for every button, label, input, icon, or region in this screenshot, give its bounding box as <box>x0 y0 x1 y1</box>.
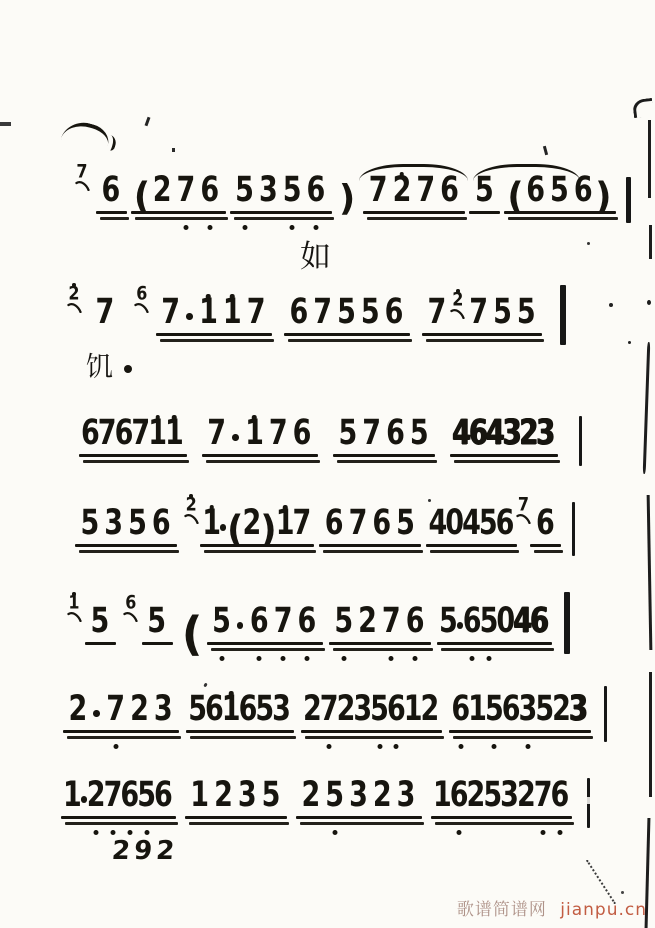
beam-underline-2 <box>333 648 433 651</box>
octave-dot-low <box>413 656 418 661</box>
note: ( <box>134 181 150 209</box>
note-group: 25323 <box>297 786 420 814</box>
note-digit: 5 <box>334 604 353 640</box>
beam-underline <box>431 816 572 819</box>
note-digit: 6 <box>325 506 344 542</box>
octave-dot-low <box>257 656 262 661</box>
note-group: 561653 <box>187 700 292 728</box>
note: 6 <box>200 181 219 209</box>
note: 2 <box>373 786 392 814</box>
note-digit: 7 <box>292 506 311 542</box>
note-digit: 3 <box>154 692 173 728</box>
note-group: 2723 <box>64 700 177 728</box>
music-line-2: 27671176755672755 <box>66 303 566 331</box>
note-group: 6 <box>97 181 125 209</box>
note-group: 5356 <box>76 514 175 542</box>
grace-digit: 7 <box>76 164 87 180</box>
grace-digit: 7 <box>518 497 529 513</box>
note: 1 <box>165 424 184 452</box>
beam-underline-2 <box>454 460 560 463</box>
note-digit: 2 <box>214 778 233 814</box>
note: 6 <box>574 181 593 209</box>
note-digit: 5 <box>128 506 147 542</box>
octave-dot-low <box>183 225 188 230</box>
barline <box>560 285 566 345</box>
note: 3 <box>154 700 173 728</box>
note-digit: 7 <box>469 295 488 331</box>
note: 7 <box>207 424 226 452</box>
scan-speck <box>172 148 175 152</box>
music-line-1: 76(2765356)72765(656) <box>74 181 631 209</box>
beam-underline-2 <box>135 217 228 220</box>
note: 7 <box>274 612 293 640</box>
grace-note: 2 <box>183 494 199 524</box>
note-group: 7117 <box>157 303 270 331</box>
note-group: 72755 <box>423 289 540 331</box>
note: 5 <box>550 181 569 209</box>
note-digit: 5 <box>337 295 356 331</box>
note: 3 <box>569 700 588 728</box>
note: 6 <box>293 424 312 452</box>
dot-of-prolongation <box>93 710 100 717</box>
beam-underline <box>301 730 442 733</box>
note-group: 16253276 <box>432 786 570 814</box>
octave-dot-high <box>230 294 235 299</box>
page-edge-line <box>649 672 652 797</box>
note-digit: 3 <box>259 173 278 209</box>
note: 5 <box>235 181 254 209</box>
octave-dot-low <box>290 225 295 230</box>
note: 5 <box>338 424 357 452</box>
note-digit: 3 <box>272 692 291 728</box>
note-digit: 1 <box>165 416 184 452</box>
note: 7 <box>382 612 401 640</box>
note-digit: 5 <box>410 416 429 452</box>
beam-underline <box>75 544 177 547</box>
lyric-text: 如 <box>300 231 331 276</box>
note-digit: 1 <box>199 295 218 331</box>
note: 7 <box>427 303 446 331</box>
beam-underline-2 <box>67 736 181 739</box>
beam-underline-2 <box>288 339 412 342</box>
note-digit: 7 <box>427 295 446 331</box>
note-digit: 5 <box>91 604 110 640</box>
beam-underline <box>449 730 590 733</box>
note <box>185 303 194 331</box>
note-digit: 5 <box>361 295 380 331</box>
octave-dot-low <box>327 744 332 749</box>
note: 5 <box>325 786 344 814</box>
note: 6 <box>536 514 555 542</box>
octave-dot-high <box>252 415 257 420</box>
page-edge-line <box>649 225 652 259</box>
note: 2 <box>153 181 172 209</box>
note-digit: 5 <box>147 604 166 640</box>
note: 2 <box>242 514 261 542</box>
barline <box>564 592 570 654</box>
note: 6 <box>526 181 545 209</box>
watermark-site-name: 歌谱简谱网 <box>457 900 547 920</box>
grace-digit: 1 <box>68 595 79 611</box>
note-digit: 6 <box>293 416 312 452</box>
note-digit: 6 <box>385 295 404 331</box>
octave-dot-high <box>172 415 177 420</box>
beam-underline-2 <box>65 822 178 825</box>
note: 2 <box>421 700 440 728</box>
beam-underline-2 <box>211 648 325 651</box>
note-digit: 2 <box>69 692 88 728</box>
note-digit: ) <box>260 516 276 545</box>
paren-char: ) <box>339 185 355 213</box>
note: 5 <box>283 181 302 209</box>
note-group: 676711 <box>80 424 185 452</box>
beam-underline-2 <box>426 339 544 342</box>
octave-dot-low <box>304 656 309 661</box>
note-digit: 5 <box>325 778 344 814</box>
note-digit: 7 <box>349 506 368 542</box>
beam-underline-2 <box>305 736 444 739</box>
note: 7 <box>161 303 180 331</box>
beam-underline <box>96 211 127 214</box>
note: 3 <box>349 786 368 814</box>
note-digit: 2 <box>373 778 392 814</box>
beam-underline-2 <box>534 550 563 553</box>
note: 2 <box>69 700 88 728</box>
octave-dot-low <box>110 830 115 835</box>
beam-underline-2 <box>435 822 574 825</box>
note-digit: 6 <box>289 295 308 331</box>
beam-underline <box>296 816 422 819</box>
note: 5 <box>396 514 415 542</box>
note-digit: ) <box>595 183 611 212</box>
note-digit: ( <box>227 516 243 545</box>
note-group: 6765 <box>320 514 419 542</box>
dot-of-prolongation <box>232 434 239 441</box>
grace-digit: 6 <box>136 286 147 302</box>
page-edge-line <box>647 300 651 305</box>
note: 2 <box>130 700 149 728</box>
note-digit: 3 <box>349 778 368 814</box>
note-digit: 2 <box>301 778 320 814</box>
beam-underline <box>142 642 173 645</box>
slur-arc <box>473 164 579 181</box>
note-digit: 5 <box>338 416 357 452</box>
note: 5 <box>493 303 512 331</box>
note: 6 <box>289 303 308 331</box>
note-group: 5356 <box>231 181 330 209</box>
octave-dot-low <box>457 830 462 835</box>
beam-underline <box>284 333 410 336</box>
note: ) <box>595 181 611 209</box>
scan-speck <box>628 341 631 344</box>
note <box>231 424 240 452</box>
octave-dot-low <box>525 744 530 749</box>
note: 6 <box>385 303 404 331</box>
note-digit: 5 <box>517 295 536 331</box>
note-digit: 6 <box>250 604 269 640</box>
note <box>236 612 245 640</box>
octave-dot-low <box>557 830 562 835</box>
beam-underline <box>185 816 287 819</box>
note-digit: 3 <box>238 778 257 814</box>
beam-underline <box>530 544 561 547</box>
note: 5 <box>262 786 281 814</box>
scanned-score-page: 76(2765356)72765(656)如27671176755672755饥… <box>0 0 655 928</box>
note-digit: 6 <box>200 173 219 209</box>
note-digit: ( <box>507 183 523 212</box>
note-digit: 3 <box>536 416 555 452</box>
octave-dot-high <box>155 415 160 420</box>
note: 6 <box>530 612 549 640</box>
note: 7 <box>96 303 115 331</box>
grace-note: 7 <box>515 499 531 524</box>
note-digit: 1 <box>245 416 264 452</box>
note-group: 565046 <box>438 612 550 640</box>
note-digit: 7 <box>362 416 381 452</box>
note-group: 40456 <box>427 514 515 542</box>
beam-underline <box>450 454 558 457</box>
note-group: 27235612 <box>302 700 440 728</box>
note: 7 <box>469 303 488 331</box>
note: 7 <box>292 514 311 542</box>
octave-dot-low <box>492 744 497 749</box>
beam-underline <box>207 642 323 645</box>
note-digit: 7 <box>177 173 196 209</box>
music-line-3: 67671171765765464323 <box>80 424 582 452</box>
beam-underline <box>202 454 318 457</box>
beam-underline-2 <box>453 736 592 739</box>
note-group: (276 <box>132 181 224 209</box>
note: 5 <box>475 181 494 209</box>
note-digit: 1 <box>190 778 209 814</box>
barline <box>572 502 575 556</box>
beam-underline <box>61 816 176 819</box>
barline <box>626 177 631 223</box>
beam-underline-2 <box>206 460 320 463</box>
note-group: 61563523 <box>450 700 588 728</box>
note: 7 <box>369 181 388 209</box>
octave-dot-low <box>242 225 247 230</box>
octave-dot-low <box>389 656 394 661</box>
grace-digit: 2 <box>186 497 197 513</box>
note: 7 <box>349 514 368 542</box>
note: 6 <box>307 181 326 209</box>
note: 5 <box>517 303 536 331</box>
barline <box>579 416 582 466</box>
octave-dot-high <box>209 505 214 510</box>
page-edge-line <box>648 120 651 198</box>
octave-dot-low <box>541 830 546 835</box>
note-digit: 6 <box>154 778 173 814</box>
note: 6 <box>372 514 391 542</box>
grace-note: 2 <box>66 283 82 313</box>
beam-underline-2 <box>234 217 334 220</box>
note-digit: 5 <box>81 506 100 542</box>
note-digit: 2 <box>242 506 261 542</box>
note-digit: 6 <box>386 416 405 452</box>
note-digit: 5 <box>396 506 415 542</box>
octave-dot-low <box>144 830 149 835</box>
note: ( <box>507 181 523 209</box>
note: 5 <box>212 612 231 640</box>
beam-underline <box>363 211 465 214</box>
note: 5 <box>410 424 429 452</box>
scan-speck <box>609 303 613 307</box>
beam-underline <box>156 333 272 336</box>
beam-underline <box>422 333 542 336</box>
watermark: 歌谱简谱网 jianpu.cn <box>457 895 647 920</box>
octave-dot-low <box>332 830 337 835</box>
note-digit: 7 <box>313 295 332 331</box>
beam-underline-2 <box>367 217 467 220</box>
note-digit: 7 <box>161 295 180 331</box>
note: 1 <box>190 786 209 814</box>
note-digit: 5 <box>235 173 254 209</box>
music-line-4: 535621(2)1767654045676 <box>76 514 575 542</box>
beam-underline <box>85 642 116 645</box>
barline <box>587 778 590 828</box>
note: 6 <box>250 612 269 640</box>
note-digit: 7 <box>269 416 288 452</box>
grace-note: 1 <box>66 592 82 622</box>
note: 7 <box>269 424 288 452</box>
note-group: 5 <box>470 181 498 209</box>
note: 6 <box>152 514 171 542</box>
beam-underline <box>230 211 332 214</box>
note-group: 7176 <box>203 424 316 452</box>
octave-dot-low <box>113 744 118 749</box>
lyric-1: 如 <box>300 231 331 276</box>
note-group: (656) <box>505 181 613 209</box>
note-digit: 6 <box>406 604 425 640</box>
octave-dot-low <box>219 656 224 661</box>
note-digit: 6 <box>530 604 549 640</box>
note-digit: 5 <box>262 778 281 814</box>
dot-of-prolongation <box>237 622 244 629</box>
note-digit: 5 <box>493 295 512 331</box>
note: 5 <box>147 612 166 640</box>
octave-dot-high <box>283 505 288 510</box>
beam-underline-2 <box>83 460 189 463</box>
grace-digit: 2 <box>68 286 79 302</box>
note <box>92 700 101 728</box>
grace-note: 6 <box>134 288 150 313</box>
dot-of-prolongation <box>186 313 193 320</box>
note: 6 <box>496 514 515 542</box>
beam-underline-2 <box>430 550 519 553</box>
note-group: 5765 <box>334 424 433 452</box>
note-digit: 6 <box>536 506 555 542</box>
octave-dot-low <box>281 656 286 661</box>
slur-arc <box>359 164 468 181</box>
note-digit: 3 <box>104 506 123 542</box>
note: 5 <box>128 514 147 542</box>
beam-underline-2 <box>508 217 617 220</box>
note-digit: ( <box>134 183 150 212</box>
note: 6 <box>298 612 317 640</box>
grace-note: 2 <box>450 289 466 319</box>
music-line-6: 27235616532723561261563523 <box>64 700 607 728</box>
note-digit: 6 <box>298 604 317 640</box>
note-digit: 5 <box>283 173 302 209</box>
note-digit: 6 <box>307 173 326 209</box>
note-digit: 6 <box>152 506 171 542</box>
lyric-text: 饥 <box>86 345 113 384</box>
octave-dot-low <box>486 656 491 661</box>
watermark-site-link[interactable]: jianpu.cn <box>560 900 647 920</box>
note: 7 <box>313 303 332 331</box>
note: 6 <box>325 514 344 542</box>
note-group: 7 <box>91 303 119 331</box>
note-group: 67556 <box>285 303 408 331</box>
beam-underline <box>200 544 314 547</box>
note-digit: 3 <box>569 692 588 728</box>
scan-speck <box>0 122 11 126</box>
note: 6 <box>386 424 405 452</box>
beam-underline <box>329 642 431 645</box>
beam-underline <box>186 730 294 733</box>
note-group: 5276 <box>330 612 429 640</box>
note: 5 <box>337 303 356 331</box>
note: 3 <box>536 424 555 452</box>
note: 5 <box>334 612 353 640</box>
octave-dot-low <box>207 225 212 230</box>
note: 7 <box>106 700 125 728</box>
note: 1 <box>199 303 218 331</box>
note-group: 1(2)17 <box>201 514 312 542</box>
note-digit: 7 <box>274 604 293 640</box>
note-digit: 6 <box>102 173 121 209</box>
note: 6 <box>406 612 425 640</box>
note-group: 5 <box>143 612 171 640</box>
octave-dot-low <box>458 744 463 749</box>
note-digit: 3 <box>397 778 416 814</box>
note-group: 6 <box>531 514 559 542</box>
note-group: 5676 <box>208 612 321 640</box>
note: 5 <box>81 514 100 542</box>
octave-dot-high <box>206 294 211 299</box>
note-digit: 7 <box>247 295 266 331</box>
octave-dot-low <box>313 225 318 230</box>
note: 3 <box>259 181 278 209</box>
note: 2 <box>358 612 377 640</box>
scan-speck <box>428 499 431 502</box>
beam-underline-2 <box>190 736 296 739</box>
note-group: 5 <box>86 612 114 640</box>
octave-dot-high <box>229 691 234 696</box>
note-digit: 6 <box>551 778 570 814</box>
note-digit: 7 <box>96 295 115 331</box>
beam-underline-2 <box>204 550 316 553</box>
note-digit: 2 <box>358 604 377 640</box>
note-digit: 2 <box>130 692 149 728</box>
beam-underline <box>79 454 187 457</box>
note: 5 <box>91 612 110 640</box>
scan-speck <box>587 242 590 245</box>
page-number: 292 <box>111 836 180 866</box>
note: 3 <box>104 514 123 542</box>
note-digit: 7 <box>207 416 226 452</box>
note: 3 <box>238 786 257 814</box>
note: 6 <box>440 181 459 209</box>
note: 7 <box>177 181 196 209</box>
note-digit: 5 <box>212 604 231 640</box>
beam-underline <box>426 544 517 547</box>
beam-underline-2 <box>337 460 437 463</box>
note: 6 <box>154 786 173 814</box>
grace-digit: 2 <box>452 292 463 308</box>
octave-dot-low <box>341 656 346 661</box>
